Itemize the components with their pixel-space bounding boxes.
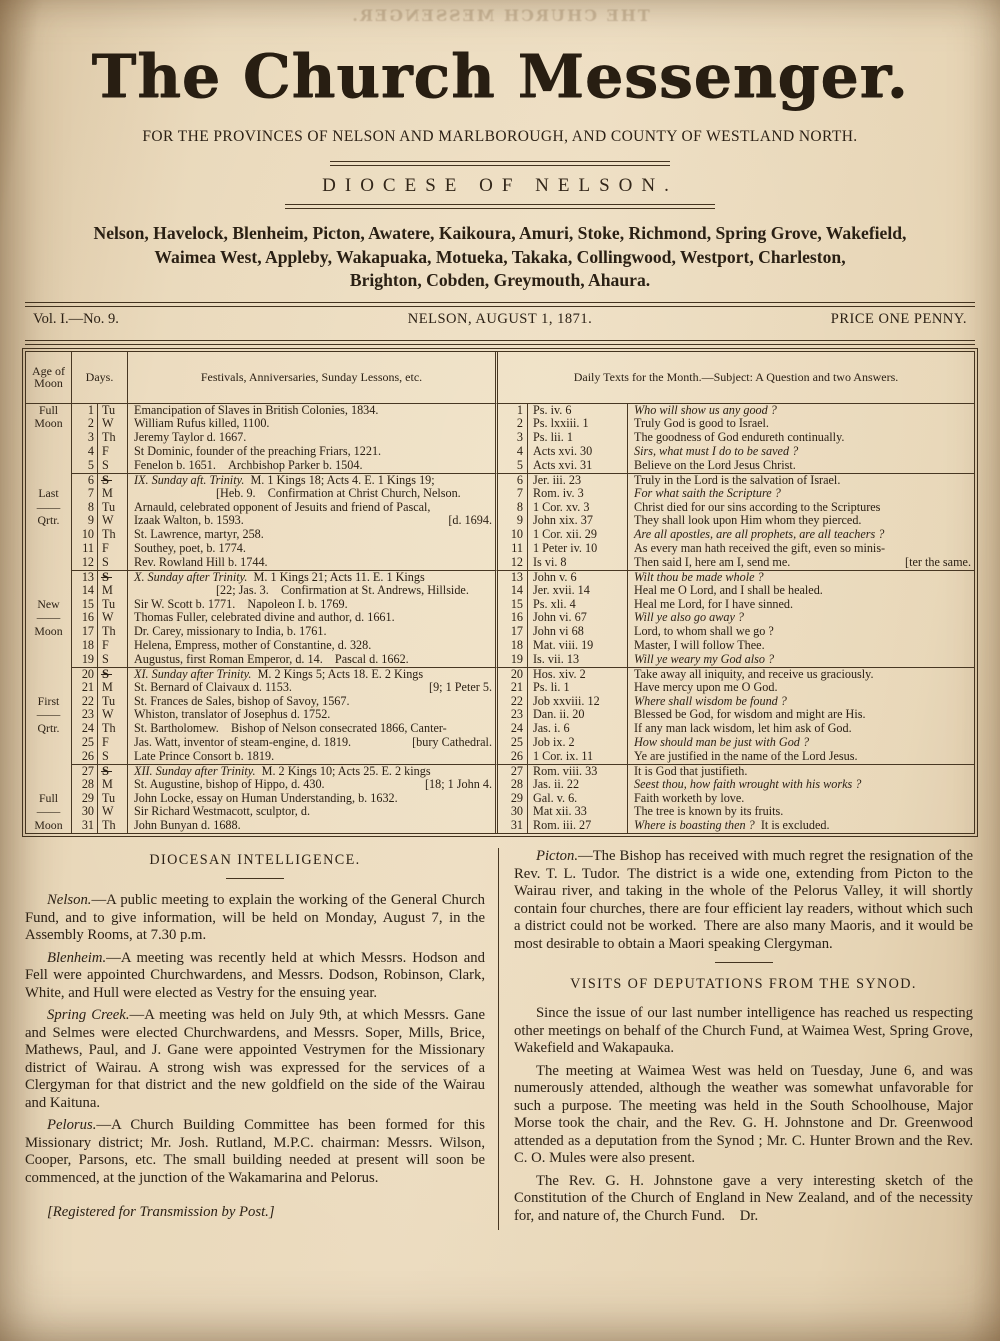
calendar-row: —— 30 W Sir Richard Westmacott, sculptor… xyxy=(26,805,974,819)
text-day-number: 5 xyxy=(498,459,528,473)
double-rule xyxy=(25,340,975,345)
calendar-row: 4 F St Dominic, founder of the preaching… xyxy=(26,445,974,459)
text-day-number: 24 xyxy=(498,722,528,736)
text-day-number: 14 xyxy=(498,584,528,598)
daily-text: They shall look upon Him whom they pierc… xyxy=(628,514,974,528)
daily-text: Heal me O Lord, and I shall be healed. xyxy=(628,584,974,598)
calendar-row: 11 F Southey, poet, b. 1774. 11 1 Peter … xyxy=(26,542,974,556)
age-of-moon-header: Age of Moon xyxy=(26,352,72,404)
text-day-number: 4 xyxy=(498,445,528,459)
text-day-number: 20 xyxy=(498,667,528,681)
volume-label: Vol. I.—No. 9. xyxy=(33,311,263,328)
towns-list: Nelson, Havelock, Blenheim, Picton, Awat… xyxy=(19,222,981,293)
text-day-number: 22 xyxy=(498,695,528,709)
festival-entry: Whiston, translator of Josephus d. 1752. xyxy=(128,708,498,722)
day-abbrev: Tu xyxy=(98,404,128,418)
day-number: 29 xyxy=(72,792,98,806)
moon-phase-label xyxy=(26,542,72,556)
moon-phase-label xyxy=(26,653,72,667)
moon-phase-label: Last xyxy=(26,487,72,501)
day-number: 28 xyxy=(72,778,98,792)
festival-entry: Late Prince Consort b. 1819. xyxy=(128,750,498,764)
daily-text: Will ye weary my God also ? xyxy=(628,653,974,667)
festival-entry: XI. Sunday after Trinity. M. 2 Kings 5; … xyxy=(128,667,498,681)
festival-entry: [9; 1 Peter 5.St. Bernard of Claivaux d.… xyxy=(128,681,498,695)
day-abbrev: Tu xyxy=(98,695,128,709)
text-day-number: 28 xyxy=(498,778,528,792)
towns-line-2: Waimea West, Appleby, Wakapuaka, Motueka… xyxy=(19,246,981,270)
scripture-reference: John vi. 67 xyxy=(528,611,628,625)
calendar-row: 13 S X. Sunday after Trinity. M. 1 Kings… xyxy=(26,570,974,584)
news-columns: DIOCESAN INTELLIGENCE. Nelson.—A public … xyxy=(25,848,975,1230)
day-abbrev: S xyxy=(98,653,128,667)
towns-line-3: Brighton, Cobden, Greymouth, Ahaura. xyxy=(19,269,981,293)
daily-text: Who will show us any good ? xyxy=(628,404,974,418)
festival-entry: John Bunyan d. 1688. xyxy=(128,819,498,833)
calendar-row: 25 F [bury Cathedral.Jas. Watt, inventor… xyxy=(26,736,974,750)
day-abbrev: S xyxy=(98,459,128,473)
day-number: 22 xyxy=(72,695,98,709)
moon-phase-label: Moon xyxy=(26,625,72,639)
moon-phase-label xyxy=(26,778,72,792)
festival-entry: [bury Cathedral.Jas. Watt, inventor of s… xyxy=(128,736,498,750)
scripture-reference: Jas. ii. 22 xyxy=(528,778,628,792)
moon-phase-label xyxy=(26,764,72,778)
section-rule xyxy=(715,962,773,963)
daily-text: It is God that justifieth. xyxy=(628,764,974,778)
text-day-number: 29 xyxy=(498,792,528,806)
daily-text: The goodness of God endureth continually… xyxy=(628,431,974,445)
day-abbrev: Tu xyxy=(98,792,128,806)
daily-text: Believe on the Lord Jesus Christ. xyxy=(628,459,974,473)
moon-phase-label xyxy=(26,473,72,487)
day-number: 6 xyxy=(72,473,98,487)
text-day-number: 13 xyxy=(498,570,528,584)
scripture-reference: John vi 68 xyxy=(528,625,628,639)
scripture-reference: Ps. lii. 1 xyxy=(528,431,628,445)
scripture-reference: Jer. xvii. 14 xyxy=(528,584,628,598)
day-abbrev: Th xyxy=(98,819,128,833)
daily-text: Truly in the Lord is the salvation of Is… xyxy=(628,473,974,487)
calendar-table: Age of Moon Days. Festivals, Anniversari… xyxy=(25,351,975,835)
text-day-number: 9 xyxy=(498,514,528,528)
text-day-number: 17 xyxy=(498,625,528,639)
day-abbrev: S xyxy=(98,556,128,570)
festival-entry: Emancipation of Slaves in British Coloni… xyxy=(128,404,498,418)
text-day-number: 25 xyxy=(498,736,528,750)
scripture-reference: Job ix. 2 xyxy=(528,736,628,750)
scripture-reference: Rom. iii. 27 xyxy=(528,819,628,833)
scripture-reference: Acts xvi. 31 xyxy=(528,459,628,473)
scripture-reference: Is vi. 8 xyxy=(528,556,628,570)
daily-text: Seest thou, how faith wrought with his w… xyxy=(628,778,974,792)
text-day-number: 18 xyxy=(498,639,528,653)
calendar-row: 28 M [18; 1 John 4.St. Augustine, bishop… xyxy=(26,778,974,792)
diocesan-intelligence-heading: DIOCESAN INTELLIGENCE. xyxy=(25,852,485,869)
festival-entry: St. Frances de Sales, bishop of Savoy, 1… xyxy=(128,695,498,709)
festival-entry: Sir Richard Westmacott, sculptor, d. xyxy=(128,805,498,819)
day-abbrev: W xyxy=(98,805,128,819)
day-abbrev: Tu xyxy=(98,501,128,515)
day-abbrev: W xyxy=(98,417,128,431)
moon-phase-label xyxy=(26,736,72,750)
daily-text: [ter the same.Then said I, here am I, se… xyxy=(628,556,974,570)
calendar-row: 6 S IX. Sunday aft. Trinity. M. 1 Kings … xyxy=(26,473,974,487)
text-day-number: 6 xyxy=(498,473,528,487)
news-paragraph-nelson: Nelson.—A public meeting to explain the … xyxy=(25,892,485,945)
festival-entry: St. Bartholomew. Bishop of Nelson consec… xyxy=(128,722,498,736)
text-day-number: 7 xyxy=(498,487,528,501)
scripture-reference: Rom. iv. 3 xyxy=(528,487,628,501)
festival-entry: Augustus, first Roman Emperor, d. 14. Pa… xyxy=(128,653,498,667)
daily-text: Will ye also go away ? xyxy=(628,611,974,625)
festival-entry: Helena, Empress, mother of Constantine, … xyxy=(128,639,498,653)
day-abbrev: Th xyxy=(98,625,128,639)
daily-text: Where is boasting then ? It is excluded. xyxy=(628,819,974,833)
day-abbrev: Tu xyxy=(98,598,128,612)
day-abbrev: Th xyxy=(98,722,128,736)
daily-text: The tree is known by its fruits. xyxy=(628,805,974,819)
scripture-reference: Ps. xli. 4 xyxy=(528,598,628,612)
moon-phase-label: First xyxy=(26,695,72,709)
day-number: 13 xyxy=(72,570,98,584)
day-number: 25 xyxy=(72,736,98,750)
daily-text: How should man be just with God ? xyxy=(628,736,974,750)
scripture-reference: Acts xvi. 30 xyxy=(528,445,628,459)
moon-phase-label: —— xyxy=(26,501,72,515)
right-column: Picton.—The Bishop has received with muc… xyxy=(499,848,973,1230)
moon-phase-label xyxy=(26,556,72,570)
text-day-number: 8 xyxy=(498,501,528,515)
daily-text: Truly God is good to Israel. xyxy=(628,417,974,431)
text-day-number: 16 xyxy=(498,611,528,625)
calendar-row: 14 M [22; Jas. 3. Confirmation at St. An… xyxy=(26,584,974,598)
news-paragraph-blenheim: Blenheim.—A meeting was recently held at… xyxy=(25,950,485,1003)
daily-text: Sirs, what must I do to be saved ? xyxy=(628,445,974,459)
news-paragraph-picton: Picton.—The Bishop has received with muc… xyxy=(514,848,973,953)
scripture-reference: Rom. viii. 33 xyxy=(528,764,628,778)
day-number: 7 xyxy=(72,487,98,501)
moon-phase-label: Qrtr. xyxy=(26,514,72,528)
calendar-row: —— 8 Tu Arnauld, celebrated opponent of … xyxy=(26,501,974,515)
moon-phase-label xyxy=(26,667,72,681)
synod-paragraph-2: The meeting at Waimea West was held on T… xyxy=(514,1063,973,1168)
day-number: 26 xyxy=(72,750,98,764)
masthead: The Church Messenger. FOR THE PROVINCES … xyxy=(0,0,1000,293)
festival-entry: Arnauld, celebrated opponent of Jesuits … xyxy=(128,501,498,515)
scripture-reference: Dan. ii. 20 xyxy=(528,708,628,722)
text-day-number: 26 xyxy=(498,750,528,764)
scripture-reference: Job xxviii. 12 xyxy=(528,695,628,709)
scripture-reference: John v. 6 xyxy=(528,570,628,584)
festival-entry: X. Sunday after Trinity. M. 1 Kings 21; … xyxy=(128,570,498,584)
moon-phase-label: —— xyxy=(26,611,72,625)
moon-phase-label: New xyxy=(26,598,72,612)
festival-entry: Thomas Fuller, celebrated divine and aut… xyxy=(128,611,498,625)
festival-entry: Southey, poet, b. 1774. xyxy=(128,542,498,556)
text-day-number: 21 xyxy=(498,681,528,695)
moon-phase-label: —— xyxy=(26,805,72,819)
price-label: PRICE ONE PENNY. xyxy=(737,311,967,328)
calendar-row: 21 M [9; 1 Peter 5.St. Bernard of Claiva… xyxy=(26,681,974,695)
day-number: 10 xyxy=(72,528,98,542)
scripture-reference: Is. vii. 13 xyxy=(528,653,628,667)
diocese-heading: DIOCESE OF NELSON. xyxy=(0,175,1000,197)
festival-entry: William Rufus killed, 1100. xyxy=(128,417,498,431)
daily-text: Where shall wisdom be found ? xyxy=(628,695,974,709)
moon-phase-label xyxy=(26,528,72,542)
calendar-row: 20 S XI. Sunday after Trinity. M. 2 King… xyxy=(26,667,974,681)
daily-text: If any man lack wisdom, let him ask of G… xyxy=(628,722,974,736)
text-day-number: 12 xyxy=(498,556,528,570)
day-number: 9 xyxy=(72,514,98,528)
newspaper-page: The Church Messenger. The Church Messeng… xyxy=(0,0,1000,1341)
day-number: 2 xyxy=(72,417,98,431)
scripture-reference: John xix. 37 xyxy=(528,514,628,528)
calendar-row: 10 Th St. Lawrence, martyr, 258. 10 1 Co… xyxy=(26,528,974,542)
festival-entry: Fenelon b. 1651. Archbishop Parker b. 15… xyxy=(128,459,498,473)
double-rule xyxy=(285,204,715,209)
calendar-row: —— 23 W Whiston, translator of Josephus … xyxy=(26,708,974,722)
calendar-row: 19 S Augustus, first Roman Emperor, d. 1… xyxy=(26,653,974,667)
daily-text: Heal me Lord, for I have sinned. xyxy=(628,598,974,612)
masthead-subtitle: FOR THE PROVINCES OF NELSON AND MARLBORO… xyxy=(0,128,1000,146)
day-number: 20 xyxy=(72,667,98,681)
issue-info-row: Vol. I.—No. 9. NELSON, AUGUST 1, 1871. P… xyxy=(25,307,975,331)
day-number: 31 xyxy=(72,819,98,833)
daily-text: Blessed be God, for wisdom and might are… xyxy=(628,708,974,722)
daily-text: Wilt thou be made whole ? xyxy=(628,570,974,584)
calendar-row: 5 S Fenelon b. 1651. Archbishop Parker b… xyxy=(26,459,974,473)
calendar-row: First 22 Tu St. Frances de Sales, bishop… xyxy=(26,695,974,709)
festival-entry: [Heb. 9. Confirmation at Christ Church, … xyxy=(128,487,498,501)
text-day-number: 19 xyxy=(498,653,528,667)
moon-phase-label: Qrtr. xyxy=(26,722,72,736)
scripture-reference: Jer. iii. 23 xyxy=(528,473,628,487)
day-number: 8 xyxy=(72,501,98,515)
festival-entry: [22; Jas. 3. Confirmation at St. Andrews… xyxy=(128,584,498,598)
day-number: 23 xyxy=(72,708,98,722)
moon-phase-label: Full xyxy=(26,792,72,806)
moon-phase-label: Moon xyxy=(26,819,72,833)
daily-text: Ye are justified in the name of the Lord… xyxy=(628,750,974,764)
text-day-number: 3 xyxy=(498,431,528,445)
moon-phase-label: Full xyxy=(26,404,72,418)
scripture-reference: Mat. viii. 19 xyxy=(528,639,628,653)
calendar-row: Full 1 Tu Emancipation of Slaves in Brit… xyxy=(26,404,974,418)
day-abbrev: Th xyxy=(98,431,128,445)
day-number: 30 xyxy=(72,805,98,819)
daily-text: Faith worketh by love. xyxy=(628,792,974,806)
moon-phase-label xyxy=(26,570,72,584)
day-number: 12 xyxy=(72,556,98,570)
scripture-reference: Hos. xiv. 2 xyxy=(528,667,628,681)
masthead-title: The Church Messenger. xyxy=(0,38,1000,116)
day-abbrev: S xyxy=(98,667,128,681)
festivals-header: Festivals, Anniversaries, Sunday Lessons… xyxy=(128,352,498,404)
festival-entry: Jeremy Taylor d. 1667. xyxy=(128,431,498,445)
day-abbrev: Th xyxy=(98,528,128,542)
scripture-reference: Jas. i. 6 xyxy=(528,722,628,736)
synod-deputations-heading: VISITS OF DEPUTATIONS FROM THE SYNOD. xyxy=(514,976,973,993)
days-header: Days. xyxy=(72,352,128,404)
day-number: 15 xyxy=(72,598,98,612)
festival-entry: Sir W. Scott b. 1771. Napoleon I. b. 176… xyxy=(128,598,498,612)
day-number: 24 xyxy=(72,722,98,736)
day-number: 21 xyxy=(72,681,98,695)
day-abbrev: F xyxy=(98,445,128,459)
calendar-row: Full 29 Tu John Locke, essay on Human Un… xyxy=(26,792,974,806)
left-column: DIOCESAN INTELLIGENCE. Nelson.—A public … xyxy=(25,848,499,1230)
day-abbrev: W xyxy=(98,611,128,625)
festival-entry: [d. 1694.Izaak Walton, b. 1593. xyxy=(128,514,498,528)
calendar-row: New 15 Tu Sir W. Scott b. 1771. Napoleon… xyxy=(26,598,974,612)
news-paragraph-pelorus: Pelorus.—A Church Building Committee has… xyxy=(25,1117,485,1187)
calendar-row: 27 S XII. Sunday after Trinity. M. 2 Kin… xyxy=(26,764,974,778)
day-abbrev: F xyxy=(98,736,128,750)
calendar-rows: Full 1 Tu Emancipation of Slaves in Brit… xyxy=(26,404,974,834)
day-number: 1 xyxy=(72,404,98,418)
text-day-number: 27 xyxy=(498,764,528,778)
moon-phase-label xyxy=(26,459,72,473)
festival-entry: IX. Sunday aft. Trinity. M. 1 Kings 18; … xyxy=(128,473,498,487)
day-abbrev: S xyxy=(98,750,128,764)
moon-phase-label xyxy=(26,584,72,598)
day-number: 17 xyxy=(72,625,98,639)
daily-text: For what saith the Scripture ? xyxy=(628,487,974,501)
synod-paragraph-3: The Rev. G. H. Johnstone gave a very int… xyxy=(514,1173,973,1226)
day-number: 3 xyxy=(72,431,98,445)
festival-entry: Dr. Carey, missionary to India, b. 1761. xyxy=(128,625,498,639)
towns-line-1: Nelson, Havelock, Blenheim, Picton, Awat… xyxy=(19,222,981,246)
daily-text: Lord, to whom shall we go ? xyxy=(628,625,974,639)
day-number: 14 xyxy=(72,584,98,598)
daily-text: As every man hath received the gift, eve… xyxy=(628,542,974,556)
news-paragraph-spring-creek: Spring Creek.—A meeting was held on July… xyxy=(25,1007,485,1112)
scripture-reference: 1 Cor. ix. 11 xyxy=(528,750,628,764)
calendar-row: Qrtr. 9 W [d. 1694.Izaak Walton, b. 1593… xyxy=(26,514,974,528)
text-day-number: 2 xyxy=(498,417,528,431)
calendar-row: 3 Th Jeremy Taylor d. 1667. 3 Ps. lii. 1… xyxy=(26,431,974,445)
moon-phase-label xyxy=(26,681,72,695)
text-day-number: 15 xyxy=(498,598,528,612)
day-number: 5 xyxy=(72,459,98,473)
festival-entry: Rev. Rowland Hill b. 1744. xyxy=(128,556,498,570)
scripture-reference: 1 Cor. xv. 3 xyxy=(528,501,628,515)
dateline: NELSON, AUGUST 1, 1871. xyxy=(263,311,737,328)
moon-phase-label xyxy=(26,431,72,445)
calendar-row: 12 S Rev. Rowland Hill b. 1744. 12 Is vi… xyxy=(26,556,974,570)
text-day-number: 23 xyxy=(498,708,528,722)
moon-phase-label: Moon xyxy=(26,417,72,431)
double-rule xyxy=(330,161,670,166)
moon-phase-label: —— xyxy=(26,708,72,722)
day-abbrev: M xyxy=(98,778,128,792)
moon-phase-label xyxy=(26,750,72,764)
day-number: 11 xyxy=(72,542,98,556)
day-number: 19 xyxy=(72,653,98,667)
festival-entry: St Dominic, founder of the preaching Fri… xyxy=(128,445,498,459)
calendar-header: Age of Moon Days. Festivals, Anniversari… xyxy=(26,352,974,404)
day-abbrev: M xyxy=(98,584,128,598)
moon-phase-label xyxy=(26,445,72,459)
day-abbrev: S xyxy=(98,570,128,584)
day-number: 4 xyxy=(72,445,98,459)
daily-text: Christ died for our sins according to th… xyxy=(628,501,974,515)
scripture-reference: Mat xii. 33 xyxy=(528,805,628,819)
text-day-number: 30 xyxy=(498,805,528,819)
scripture-reference: 1 Cor. xii. 29 xyxy=(528,528,628,542)
scripture-reference: 1 Peter iv. 10 xyxy=(528,542,628,556)
daily-texts-header: Daily Texts for the Month.—Subject: A Qu… xyxy=(498,352,974,404)
calendar-row: Moon 31 Th John Bunyan d. 1688. 31 Rom. … xyxy=(26,819,974,833)
day-abbrev: F xyxy=(98,639,128,653)
calendar-row: 26 S Late Prince Consort b. 1819. 26 1 C… xyxy=(26,750,974,764)
day-abbrev: W xyxy=(98,708,128,722)
text-day-number: 31 xyxy=(498,819,528,833)
calendar-row: Last 7 M [Heb. 9. Confirmation at Christ… xyxy=(26,487,974,501)
calendar-row: Moon 2 W William Rufus killed, 1100. 2 P… xyxy=(26,417,974,431)
text-day-number: 10 xyxy=(498,528,528,542)
calendar-row: 18 F Helena, Empress, mother of Constant… xyxy=(26,639,974,653)
section-rule xyxy=(226,878,284,879)
day-abbrev: W xyxy=(98,514,128,528)
day-abbrev: S xyxy=(98,473,128,487)
registered-transmission-note: [Registered for Transmission by Post.] xyxy=(25,1204,485,1221)
text-day-number: 1 xyxy=(498,404,528,418)
scripture-reference: Ps. lxxiii. 1 xyxy=(528,417,628,431)
calendar-row: Moon 17 Th Dr. Carey, missionary to Indi… xyxy=(26,625,974,639)
day-abbrev: M xyxy=(98,681,128,695)
day-abbrev: M xyxy=(98,487,128,501)
text-day-number: 11 xyxy=(498,542,528,556)
daily-text: Are all apostles, are all prophets, are … xyxy=(628,528,974,542)
daily-text: Master, I will follow Thee. xyxy=(628,639,974,653)
day-abbrev: F xyxy=(98,542,128,556)
moon-phase-label xyxy=(26,639,72,653)
calendar-row: —— 16 W Thomas Fuller, celebrated divine… xyxy=(26,611,974,625)
scripture-reference: Gal. v. 6. xyxy=(528,792,628,806)
daily-text: Have mercy upon me O God. xyxy=(628,681,974,695)
scripture-reference: Ps. iv. 6 xyxy=(528,404,628,418)
festival-entry: [18; 1 John 4.St. Augustine, bishop of H… xyxy=(128,778,498,792)
ink-bleed-ghost: The Church Messenger. xyxy=(0,6,1000,25)
festival-entry: St. Lawrence, martyr, 258. xyxy=(128,528,498,542)
day-number: 16 xyxy=(72,611,98,625)
scripture-reference: Ps. li. 1 xyxy=(528,681,628,695)
calendar-row: Qrtr. 24 Th St. Bartholomew. Bishop of N… xyxy=(26,722,974,736)
festival-entry: John Locke, essay on Human Understanding… xyxy=(128,792,498,806)
daily-text: Take away all iniquity, and receive us g… xyxy=(628,667,974,681)
day-abbrev: S xyxy=(98,764,128,778)
festival-entry: XII. Sunday after Trinity. M. 2 Kings 10… xyxy=(128,764,498,778)
day-number: 18 xyxy=(72,639,98,653)
synod-paragraph-1: Since the issue of our last number intel… xyxy=(514,1005,973,1058)
day-number: 27 xyxy=(72,764,98,778)
